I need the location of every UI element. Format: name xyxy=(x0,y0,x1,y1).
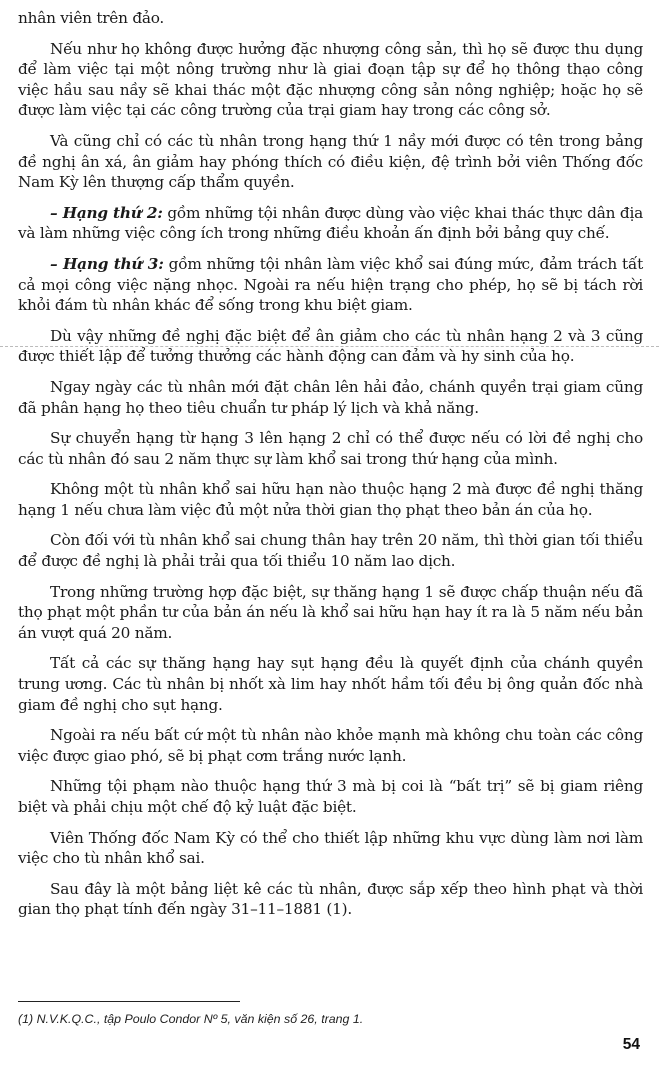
paragraph-text: Viên Thống đốc Nam Kỳ có thể cho thiết l… xyxy=(18,829,643,868)
footnote-divider xyxy=(18,1001,240,1002)
scan-artifact-line xyxy=(0,346,659,347)
paragraph: Những tội phạm nào thuộc hạng thứ 3 mà b… xyxy=(18,776,643,817)
paragraph-text: Những tội phạm nào thuộc hạng thứ 3 mà b… xyxy=(18,777,643,816)
paragraph-text: Trong những trường hợp đặc biệt, sự thăn… xyxy=(18,583,643,642)
paragraph: Viên Thống đốc Nam Kỳ có thể cho thiết l… xyxy=(18,828,643,869)
paragraph: Ngoài ra nếu bất cứ một tù nhân nào khỏe… xyxy=(18,725,643,766)
paragraph-text: Và cũng chỉ có các tù nhân trong hạng th… xyxy=(18,132,643,191)
paragraph-text: nhân viên trên đảo. xyxy=(18,9,164,27)
paragraph-text: Sự chuyển hạng từ hạng 3 lên hạng 2 chỉ … xyxy=(18,429,643,468)
document-page: nhân viên trên đảo. Nếu như họ không đượ… xyxy=(18,0,643,930)
paragraph-text: Sau đây là một bảng liệt kê các tù nhân,… xyxy=(18,880,643,919)
paragraph-text: Tất cả các sự thăng hạng hay sụt hạng đề… xyxy=(18,654,643,713)
paragraph: Trong những trường hợp đặc biệt, sự thăn… xyxy=(18,582,643,644)
paragraph-rank-3: – Hạng thứ 3: gồm những tội nhân làm việ… xyxy=(18,254,643,316)
paragraph: Không một tù nhân khổ sai hữu hạn nào th… xyxy=(18,479,643,520)
rank-heading: – Hạng thứ 2: xyxy=(50,204,163,222)
paragraph: Còn đối với tù nhân khổ sai chung thân h… xyxy=(18,530,643,571)
paragraph-text: Ngoài ra nếu bất cứ một tù nhân nào khỏe… xyxy=(18,726,643,765)
paragraph: Ngay ngày các tù nhân mới đặt chân lên h… xyxy=(18,377,643,418)
paragraph-rank-2: – Hạng thứ 2: gồm những tội nhân được dù… xyxy=(18,203,643,244)
paragraph-text: Còn đối với tù nhân khổ sai chung thân h… xyxy=(18,531,643,570)
paragraph: Và cũng chỉ có các tù nhân trong hạng th… xyxy=(18,131,643,193)
paragraph-continuation: nhân viên trên đảo. xyxy=(18,8,643,29)
paragraph: Tất cả các sự thăng hạng hay sụt hạng đề… xyxy=(18,653,643,715)
paragraph: Sự chuyển hạng từ hạng 3 lên hạng 2 chỉ … xyxy=(18,428,643,469)
page-number: 54 xyxy=(623,1036,640,1054)
paragraph-text: Nếu như họ không được hưởng đặc nhượng c… xyxy=(18,40,643,120)
footnote: (1) N.V.K.Q.C., tập Poulo Condor Nº 5, v… xyxy=(18,1012,363,1026)
rank-heading: – Hạng thứ 3: xyxy=(50,255,164,273)
paragraph: Sau đây là một bảng liệt kê các tù nhân,… xyxy=(18,879,643,920)
paragraph: Nếu như họ không được hưởng đặc nhượng c… xyxy=(18,39,643,121)
paragraph-text: Không một tù nhân khổ sai hữu hạn nào th… xyxy=(18,480,643,519)
paragraph-text: Ngay ngày các tù nhân mới đặt chân lên h… xyxy=(18,378,643,417)
